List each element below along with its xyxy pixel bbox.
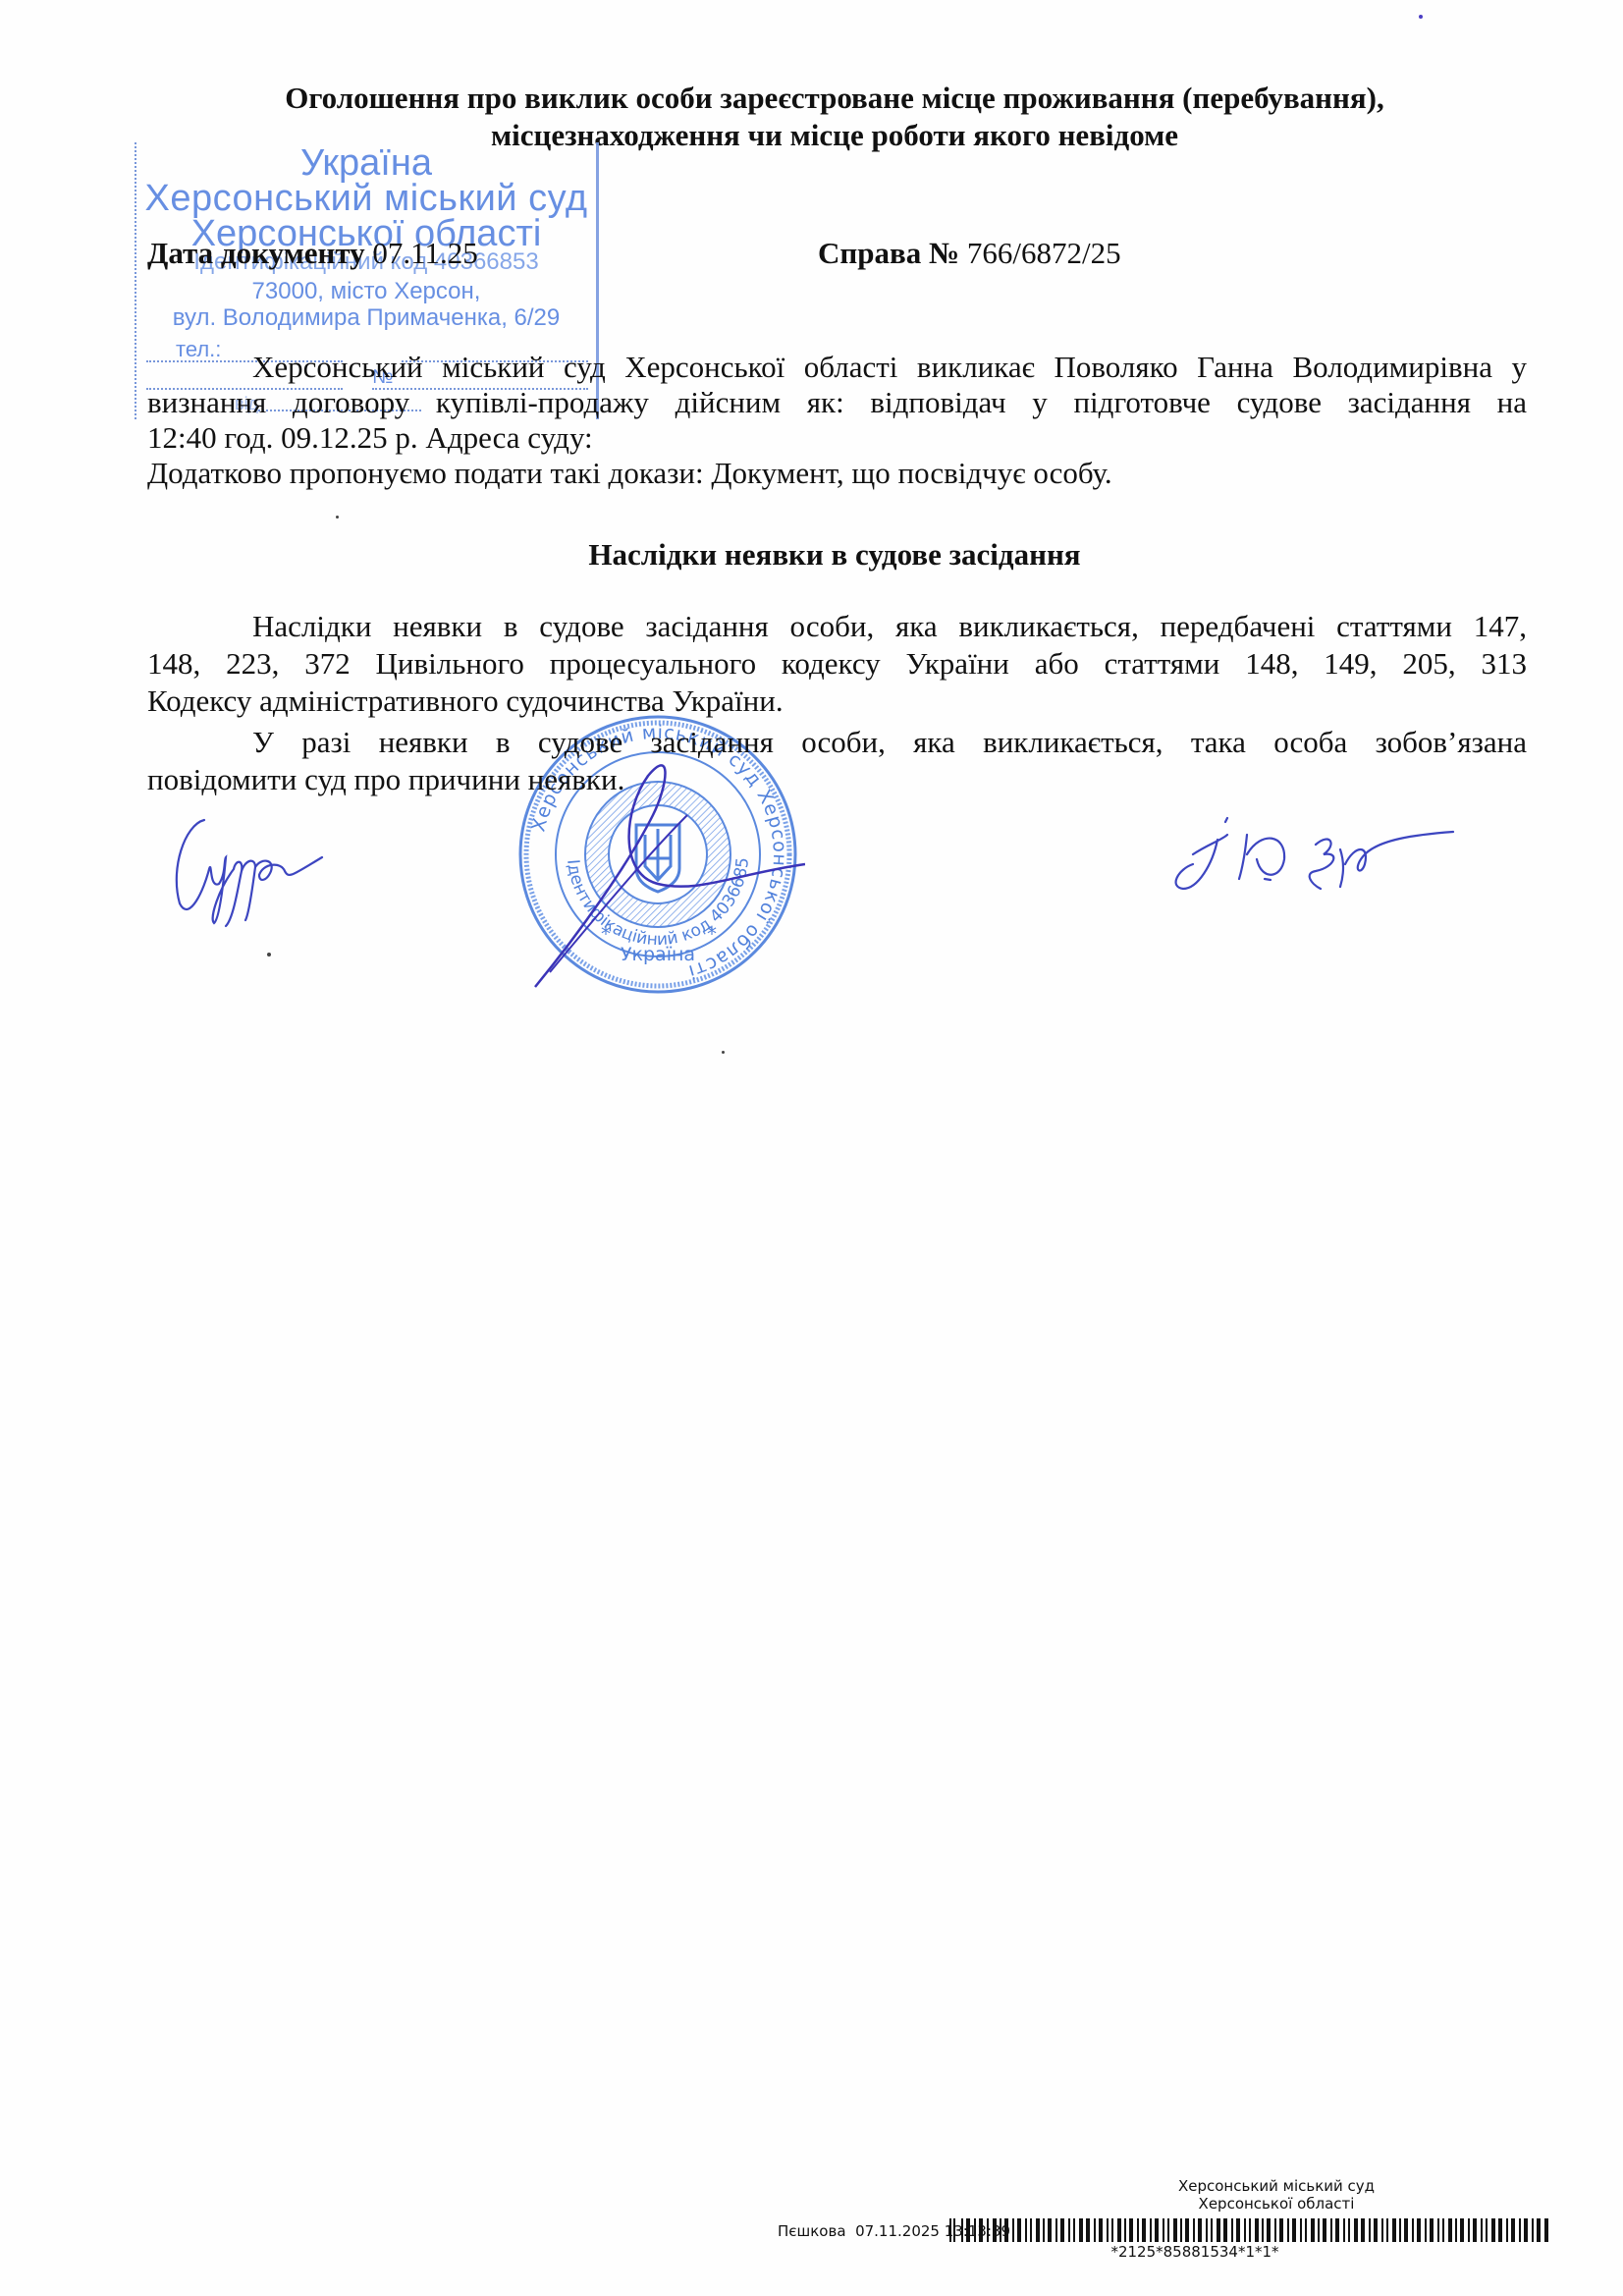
document-date: Дата документу 07.11.25 — [147, 236, 478, 271]
signature-right: Г.Ю. Зуб — [1168, 810, 1483, 899]
scan-speck — [267, 953, 271, 957]
svg-text:*: * — [707, 922, 717, 946]
consequences-line: 148, 223, 372 Цивільного процесуального … — [147, 645, 1527, 683]
summons-line: визнання договору купівлі-продажу дійсни… — [147, 385, 1527, 420]
footer-court-name: Херсонський міський суд Херсонської обла… — [1129, 2177, 1424, 2213]
case-number-label: Справа № — [818, 236, 959, 270]
document-title-line-1: Оголошення про виклик особи зареєстрован… — [147, 80, 1522, 117]
stamp-city: 73000, місто Херсон, — [136, 278, 596, 305]
consequences-heading: Наслідки неявки в судове засідання — [147, 537, 1522, 573]
svg-text:*: * — [601, 922, 611, 946]
non-appearance-line: повідомити суд про причини неявки. — [147, 761, 1527, 798]
stamp-street: вул. Володимира Примаченка, 6/29 — [136, 304, 596, 332]
consequences-line: Кодексу адміністративного судочинства Ук… — [147, 683, 1527, 720]
summons-line: Херсонський міський суд Херсонської обла… — [147, 350, 1527, 385]
case-number: Справа № 766/6872/25 — [818, 236, 1121, 271]
svg-text:Судде: Судде — [165, 810, 205, 814]
consequences-paragraph: Наслідки неявки в судове засідання особи… — [147, 608, 1527, 720]
barcode-number: *2125*85881534*1*1* — [1048, 2243, 1342, 2261]
svg-text:Україна: Україна — [621, 944, 695, 965]
scan-speck — [722, 1051, 725, 1054]
non-appearance-paragraph: У разі неявки в судове засідання особи, … — [147, 724, 1527, 798]
consequences-line: Наслідки неявки в судове засідання особи… — [147, 608, 1527, 645]
svg-text:Г.Ю. Зуб: Г.Ю. Зуб — [1168, 810, 1227, 814]
signature-left: Судде — [165, 810, 332, 928]
document-date-value: 07.11.25 — [372, 236, 477, 270]
summons-line: 12:40 год. 09.12.25 р. Адреса суду: — [147, 420, 1527, 456]
footer-court-line-2: Херсонської області — [1129, 2195, 1424, 2213]
summons-line: Додатково пропонуємо подати такі докази:… — [147, 456, 1527, 491]
case-number-value: 766/6872/25 — [967, 236, 1121, 270]
scan-speck — [1419, 15, 1423, 19]
summons-paragraph: Херсонський міський суд Херсонської обла… — [147, 350, 1527, 491]
footer-court-line-1: Херсонський міський суд — [1129, 2177, 1424, 2195]
document-date-label: Дата документу — [147, 236, 365, 270]
footer-clerk-name: Пєшкова — [778, 2222, 846, 2240]
document-page: Оголошення про виклик особи зареєстрован… — [0, 0, 1623, 2296]
document-barcode — [949, 2218, 1548, 2242]
non-appearance-line: У разі неявки в судове засідання особи, … — [147, 724, 1527, 761]
scan-speck — [336, 516, 339, 519]
